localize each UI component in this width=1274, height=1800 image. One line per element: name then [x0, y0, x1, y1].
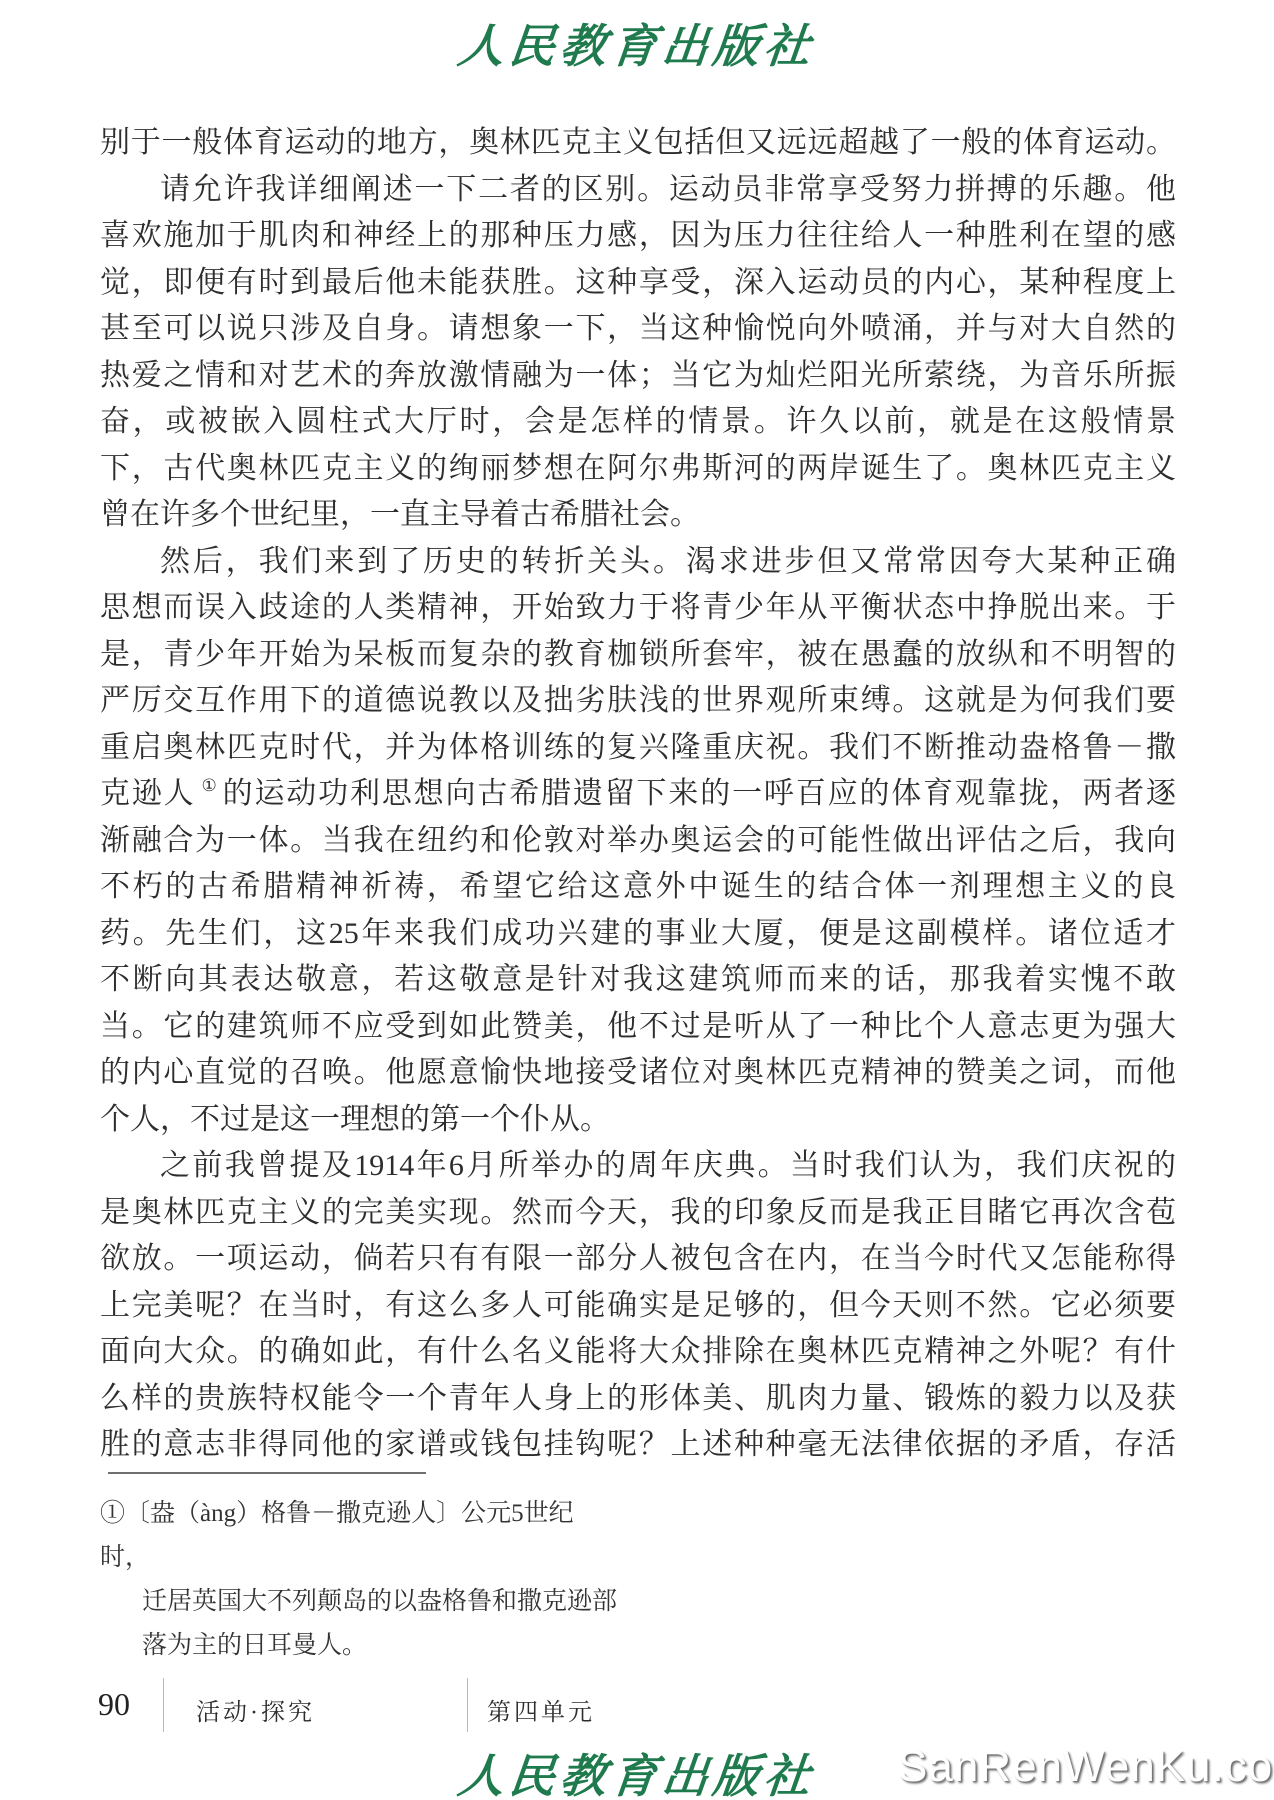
- footnote-lines: ①〔盎（àng）格鲁－撒克逊人〕公元5世纪时，迁居英国大不列颠岛的以盎格鲁和撒克…: [100, 1492, 620, 1668]
- footnote-line: ①〔盎（àng）格鲁－撒克逊人〕公元5世纪时，: [100, 1492, 620, 1580]
- text-line: 当。它的建筑师不应受到如此赞美，他不过是听从了一种比个人意志更为强大: [100, 1004, 1176, 1051]
- footer-divider-1: [163, 1678, 164, 1732]
- text-line: 重启奥林匹克时代，并为体格训练的复兴隆重庆祝。我们不断推动盎格鲁－撒: [100, 725, 1176, 772]
- text-line: 不朽的古希腊精神祈祷，希望它给这意外中诞生的结合体一剂理想主义的良: [100, 864, 1176, 911]
- footer-divider-2: [467, 1678, 468, 1732]
- text-line: 的内心直觉的召唤。他愿意愉快地接受诸位对奥林匹克精神的赞美之词，而他: [100, 1050, 1176, 1097]
- text-line: 是奥林匹克主义的完美实现。然而今天，我的印象反而是我正目睹它再次含苞: [100, 1190, 1176, 1237]
- text-line: 药。先生们，这25年来我们成功兴建的事业大厦，便是这副模样。诸位适才: [100, 911, 1176, 958]
- page-number: 90: [98, 1686, 130, 1723]
- text-line: 下，古代奥林匹克主义的绚丽梦想在阿尔弗斯河的两岸诞生了。奥林匹克主义: [100, 446, 1176, 493]
- text-line: 克逊人①的运动功利思想向古希腊遗留下来的一呼百应的体育观靠拢，两者逐: [100, 771, 1176, 818]
- text-line: 严厉交互作用下的道德说教以及拙劣肤浅的世界观所束缚。这就是为何我们要: [100, 678, 1176, 725]
- footnote: ①〔盎（àng）格鲁－撒克逊人〕公元5世纪时，迁居英国大不列颠岛的以盎格鲁和撒克…: [100, 1492, 620, 1668]
- text-line: 之前我曾提及1914年6月所举办的周年庆典。当时我们认为，我们庆祝的: [100, 1143, 1176, 1190]
- text-line: 觉，即便有时到最后他未能获胜。这种享受，深入运动员的内心，某种程度上: [100, 260, 1176, 307]
- watermark: SanRenWenKu.com: [898, 1742, 1274, 1792]
- publisher-logo-top: 人民教育出版社: [0, 10, 1274, 76]
- text-line: 奋，或被嵌入圆柱式大厅时，会是怎样的情景。许久以前，就是在这般情景: [100, 399, 1176, 446]
- text-line: 别于一般体育运动的地方，奥林匹克主义包括但又远远超越了一般的体育运动。: [100, 120, 1176, 167]
- body-text: 别于一般体育运动的地方，奥林匹克主义包括但又远远超越了一般的体育运动。请允许我详…: [100, 120, 1176, 1469]
- text-line: 曾在许多个世纪里，一直主导着古希腊社会。: [100, 492, 1176, 539]
- text-line: 胜的意志非得同他的家谱或钱包挂钩呢？上述种种毫无法律依据的矛盾，存活: [100, 1422, 1176, 1469]
- text-line: 上完美呢？在当时，有这么多人可能确实是足够的，但今天则不然。它必须要: [100, 1283, 1176, 1330]
- footer-section-label: 活动·探究: [196, 1692, 315, 1727]
- text-line: 欲放。一项运动，倘若只有有限一部分人被包含在内，在当今时代又怎能称得: [100, 1236, 1176, 1283]
- text-line: 喜欢施加于肌肉和神经上的那种压力感，因为压力往往给人一种胜利在望的感: [100, 213, 1176, 260]
- text-line: 甚至可以说只涉及自身。请想象一下，当这种愉悦向外喷涌，并与对大自然的: [100, 306, 1176, 353]
- footnote-ref-marker: ①: [202, 776, 219, 795]
- text-line: 渐融合为一体。当我在纽约和伦敦对举办奥运会的可能性做出评估之后，我向: [100, 818, 1176, 865]
- footnote-separator: [108, 1472, 426, 1474]
- text-line: 不断向其表达敬意，若这敬意是针对我这建筑师而来的话，那我着实愧不敢: [100, 957, 1176, 1004]
- textbook-page: 人民教育出版社 别于一般体育运动的地方，奥林匹克主义包括但又远远超越了一般的体育…: [0, 0, 1274, 1800]
- text-line: 么样的贵族特权能令一个青年人身上的形体美、肌肉力量、锻炼的毅力以及获: [100, 1376, 1176, 1423]
- text-line: 面向大众。的确如此，有什么名义能将大众排除在奥林匹克精神之外呢？有什: [100, 1329, 1176, 1376]
- text-line: 热爱之情和对艺术的奔放激情融为一体；当它为灿烂阳光所萦绕，为音乐所振: [100, 353, 1176, 400]
- text-line: 请允许我详细阐述一下二者的区别。运动员非常享受努力拼搏的乐趣。他: [100, 167, 1176, 214]
- text-line: 是，青少年开始为呆板而复杂的教育枷锁所套牢，被在愚蠢的放纵和不明智的: [100, 632, 1176, 679]
- text-line: 个人，不过是这一理想的第一个仆从。: [100, 1097, 1176, 1144]
- footnote-line: 迁居英国大不列颠岛的以盎格鲁和撒克逊部: [100, 1580, 620, 1624]
- text-line: 思想而误入歧途的人类精神，开始致力于将青少年从平衡状态中挣脱出来。于: [100, 585, 1176, 632]
- footer-unit-label: 第四单元: [487, 1692, 595, 1727]
- text-line: 然后，我们来到了历史的转折关头。渴求进步但又常常因夸大某种正确: [100, 539, 1176, 586]
- footnote-line: 落为主的日耳曼人。: [100, 1624, 620, 1668]
- page-footer: 90 活动·探究 第四单元: [0, 1678, 1274, 1732]
